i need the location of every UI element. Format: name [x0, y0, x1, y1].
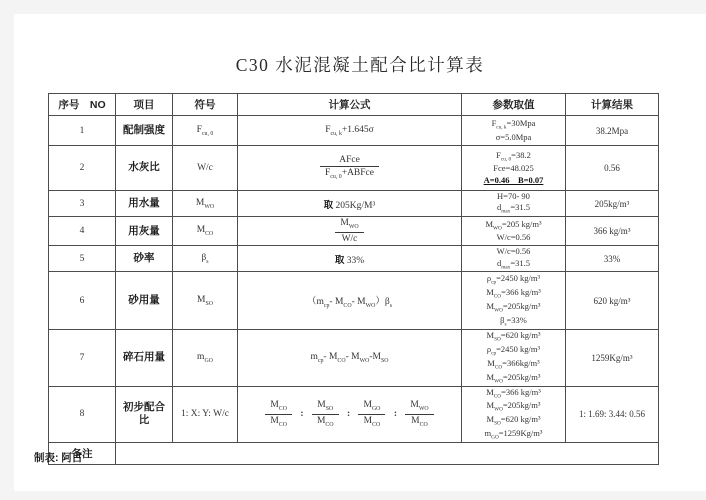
- fraction-numerator: MCO: [265, 399, 292, 415]
- header-symbol: 符号: [173, 94, 238, 116]
- table-row: 2 水灰比 W/c AFce Fcu, 0+ABFce Fcu, 0=38.2F…: [49, 146, 659, 191]
- ratio-separator: :: [347, 409, 350, 419]
- remark-value-cell: [116, 442, 659, 464]
- fraction: AFce Fcu, 0+ABFce: [320, 154, 379, 182]
- symbol-cell: W/c: [173, 146, 238, 191]
- mix-ratio-table: 序号 NO 项目 符号 计算公式 参数取值 计算结果 1 配制强度 Fcu, 0…: [48, 93, 659, 465]
- header-item: 项目: [116, 94, 173, 116]
- result-cell: 205kg/m³: [566, 191, 659, 217]
- item-cell: 用灰量: [116, 217, 173, 246]
- page-title: C30 水泥混凝土配合比计算表: [14, 52, 706, 77]
- symbol-cell: MCO: [173, 217, 238, 246]
- symbol-cell: 1: X: Y: W/c: [173, 386, 238, 442]
- fraction-numerator: AFce: [320, 154, 379, 167]
- header-formula: 计算公式: [238, 94, 462, 116]
- item-cell: 水灰比: [116, 146, 173, 191]
- params-cell: W/c=0.56dmax=31.5: [462, 246, 566, 272]
- no-cell: 6: [49, 272, 116, 330]
- fraction-denominator: Fcu, 0+ABFce: [320, 167, 379, 182]
- no-cell: 3: [49, 191, 116, 217]
- formula-cell: Fcu, k+1.645σ: [238, 116, 462, 146]
- table-row: 3 用水量 MWO 取 205Kg/M³ H=70- 90dmax=31.5 2…: [49, 191, 659, 217]
- result-cell: 33%: [566, 246, 659, 272]
- header-params: 参数取值: [462, 94, 566, 116]
- item-cell: 初步配合比: [116, 386, 173, 442]
- symbol-cell: MSO: [173, 272, 238, 330]
- fraction-denominator: MCO: [358, 415, 385, 430]
- fraction-numerator: MWO: [335, 217, 363, 233]
- fraction-denominator: MCO: [265, 415, 292, 430]
- document-page: C30 水泥混凝土配合比计算表 序号 NO 项目 符号 计算公式 参数取值 计算…: [14, 14, 706, 491]
- params-cell: MCO=366 kg/m³MWO=205kg/m³MSO=620 kg/m³mG…: [462, 386, 566, 442]
- fraction: MGO MCO: [358, 399, 385, 429]
- formula-cell: 取 33%: [238, 246, 462, 272]
- fraction: MCO MCO: [265, 399, 292, 429]
- item-cell: 用水量: [116, 191, 173, 217]
- formula-cell: mcp- MCO- MWO-MSO: [238, 330, 462, 386]
- result-cell: 38.2Mpa: [566, 116, 659, 146]
- item-cell: 配制强度: [116, 116, 173, 146]
- symbol-cell: MWO: [173, 191, 238, 217]
- header-no: 序号 NO: [49, 94, 116, 116]
- table-row: 5 砂率 βs 取 33% W/c=0.56dmax=31.5 33%: [49, 246, 659, 272]
- table-row: 8 初步配合比 1: X: Y: W/c MCO MCO : MSO MCO :…: [49, 386, 659, 442]
- fraction-numerator: MGO: [358, 399, 385, 415]
- params-cell: ρcp=2450 kg/m³MCO=366 kg/m³MWO=205kg/m³β…: [462, 272, 566, 330]
- table-row: 6 砂用量 MSO （mcp- MCO- MWO）βs ρcp=2450 kg/…: [49, 272, 659, 330]
- params-cell: H=70- 90dmax=31.5: [462, 191, 566, 217]
- params-cell: Fcu, k=30Mpaσ=5.0Mpa: [462, 116, 566, 146]
- result-cell: 366 kg/m³: [566, 217, 659, 246]
- fraction: MSO MCO: [312, 399, 339, 429]
- ratio-separator: :: [300, 409, 303, 419]
- table-header-row: 序号 NO 项目 符号 计算公式 参数取值 计算结果: [49, 94, 659, 116]
- formula-cell: MWO W/c: [238, 217, 462, 246]
- no-cell: 2: [49, 146, 116, 191]
- fraction: MWO W/c: [335, 217, 363, 245]
- symbol-cell: mGO: [173, 330, 238, 386]
- fraction-denominator: MCO: [312, 415, 339, 430]
- result-cell: 1259Kg/m³: [566, 330, 659, 386]
- params-cell: Fcu, 0=38.2Fce=48.025A=0.46 B=0.07: [462, 146, 566, 191]
- header-result: 计算结果: [566, 94, 659, 116]
- fraction-denominator: W/c: [335, 233, 363, 245]
- result-cell: 0.56: [566, 146, 659, 191]
- prepared-by-note: 制表: 阿占: [34, 450, 82, 465]
- formula-cell: 取 205Kg/M³: [238, 191, 462, 217]
- symbol-cell: βs: [173, 246, 238, 272]
- formula-cell: AFce Fcu, 0+ABFce: [238, 146, 462, 191]
- formula-cell: （mcp- MCO- MWO）βs: [238, 272, 462, 330]
- item-cell: 砂用量: [116, 272, 173, 330]
- no-cell: 5: [49, 246, 116, 272]
- result-cell: 1: 1.69: 3.44: 0.56: [566, 386, 659, 442]
- params-cell: MSO=620 kg/m³ρcp=2450 kg/m³MCO=366kg/m³M…: [462, 330, 566, 386]
- table-row: 7 碎石用量 mGO mcp- MCO- MWO-MSO MSO=620 kg/…: [49, 330, 659, 386]
- fraction-denominator: MCO: [405, 415, 433, 430]
- no-cell: 1: [49, 116, 116, 146]
- fraction: MWO MCO: [405, 399, 433, 429]
- params-cell: MWO=205 kg/m³W/c=0.56: [462, 217, 566, 246]
- remark-row: 备注: [49, 442, 659, 464]
- table-row: 4 用灰量 MCO MWO W/c MWO=205 kg/m³W/c=0.56 …: [49, 217, 659, 246]
- ratio-separator: :: [394, 409, 397, 419]
- table-row: 1 配制强度 Fcu, 0 Fcu, k+1.645σ Fcu, k=30Mpa…: [49, 116, 659, 146]
- no-cell: 7: [49, 330, 116, 386]
- item-cell: 碎石用量: [116, 330, 173, 386]
- fraction-numerator: MSO: [312, 399, 339, 415]
- item-cell: 砂率: [116, 246, 173, 272]
- symbol-cell: Fcu, 0: [173, 116, 238, 146]
- no-cell: 4: [49, 217, 116, 246]
- no-cell: 8: [49, 386, 116, 442]
- fraction-numerator: MWO: [405, 399, 433, 415]
- result-cell: 620 kg/m³: [566, 272, 659, 330]
- formula-cell: MCO MCO : MSO MCO : MGO MCO : MWO MCO: [238, 386, 462, 442]
